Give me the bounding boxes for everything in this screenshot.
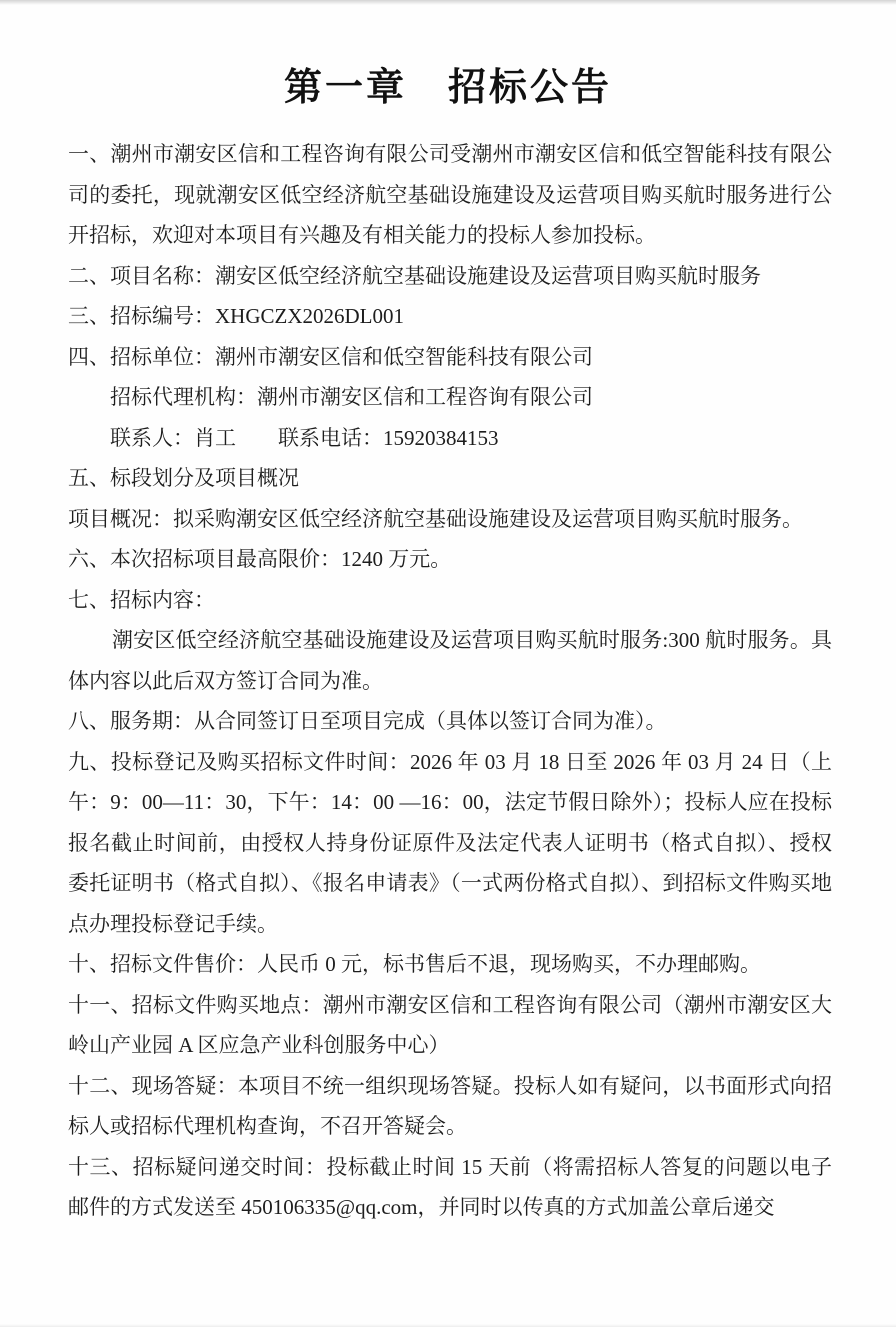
document-title: 第一章 招标公告 xyxy=(0,62,896,114)
paragraph: 八、服务期：从合同签订日至项目完成（具体以签订合同为准）。 xyxy=(68,701,832,742)
paragraph: 十三、招标疑问递交时间：投标截止时间 15 天前（将需招标人答复的问题以电子邮件… xyxy=(68,1147,832,1228)
paragraph: 五、标段划分及项目概况 xyxy=(68,458,832,499)
document-body: 一、潮州市潮安区信和工程咨询有限公司受潮州市潮安区信和低空智能科技有限公司的委托… xyxy=(68,134,832,1228)
paragraph: 七、招标内容： xyxy=(68,580,832,621)
paragraph: 二、项目名称：潮安区低空经济航空基础设施建设及运营项目购买航时服务 xyxy=(68,256,832,297)
paragraph: 六、本次招标项目最高限价：1240 万元。 xyxy=(68,539,832,580)
paragraph: 四、招标单位：潮州市潮安区信和低空智能科技有限公司 xyxy=(68,337,832,378)
paragraph: 十二、现场答疑：本项目不统一组织现场答疑。投标人如有疑问，以书面形式向招标人或招… xyxy=(68,1066,832,1147)
paragraph: 项目概况：拟采购潮安区低空经济航空基础设施建设及运营项目购买航时服务。 xyxy=(68,499,832,540)
scan-edge-top xyxy=(0,0,896,5)
paragraph: 三、招标编号：XHGCZX2026DL001 xyxy=(68,296,832,337)
paragraph: 十、招标文件售价：人民币 0 元，标书售后不退，现场购买，不办理邮购。 xyxy=(68,944,832,985)
paragraph: 九、投标登记及购买招标文件时间：2026 年 03 月 18 日至 2026 年… xyxy=(68,742,832,945)
paragraph: 联系人：肖工 联系电话：15920384153 xyxy=(68,418,832,459)
paragraph: 十一、招标文件购买地点：潮州市潮安区信和工程咨询有限公司（潮州市潮安区大岭山产业… xyxy=(68,985,832,1066)
document-page: 第一章 招标公告 一、潮州市潮安区信和工程咨询有限公司受潮州市潮安区信和低空智能… xyxy=(0,0,896,1327)
paragraph: 一、潮州市潮安区信和工程咨询有限公司受潮州市潮安区信和低空智能科技有限公司的委托… xyxy=(68,134,832,256)
paragraph: 潮安区低空经济航空基础设施建设及运营项目购买航时服务:300 航时服务。具体内容… xyxy=(68,620,832,701)
paragraph: 招标代理机构：潮州市潮安区信和工程咨询有限公司 xyxy=(68,377,832,418)
